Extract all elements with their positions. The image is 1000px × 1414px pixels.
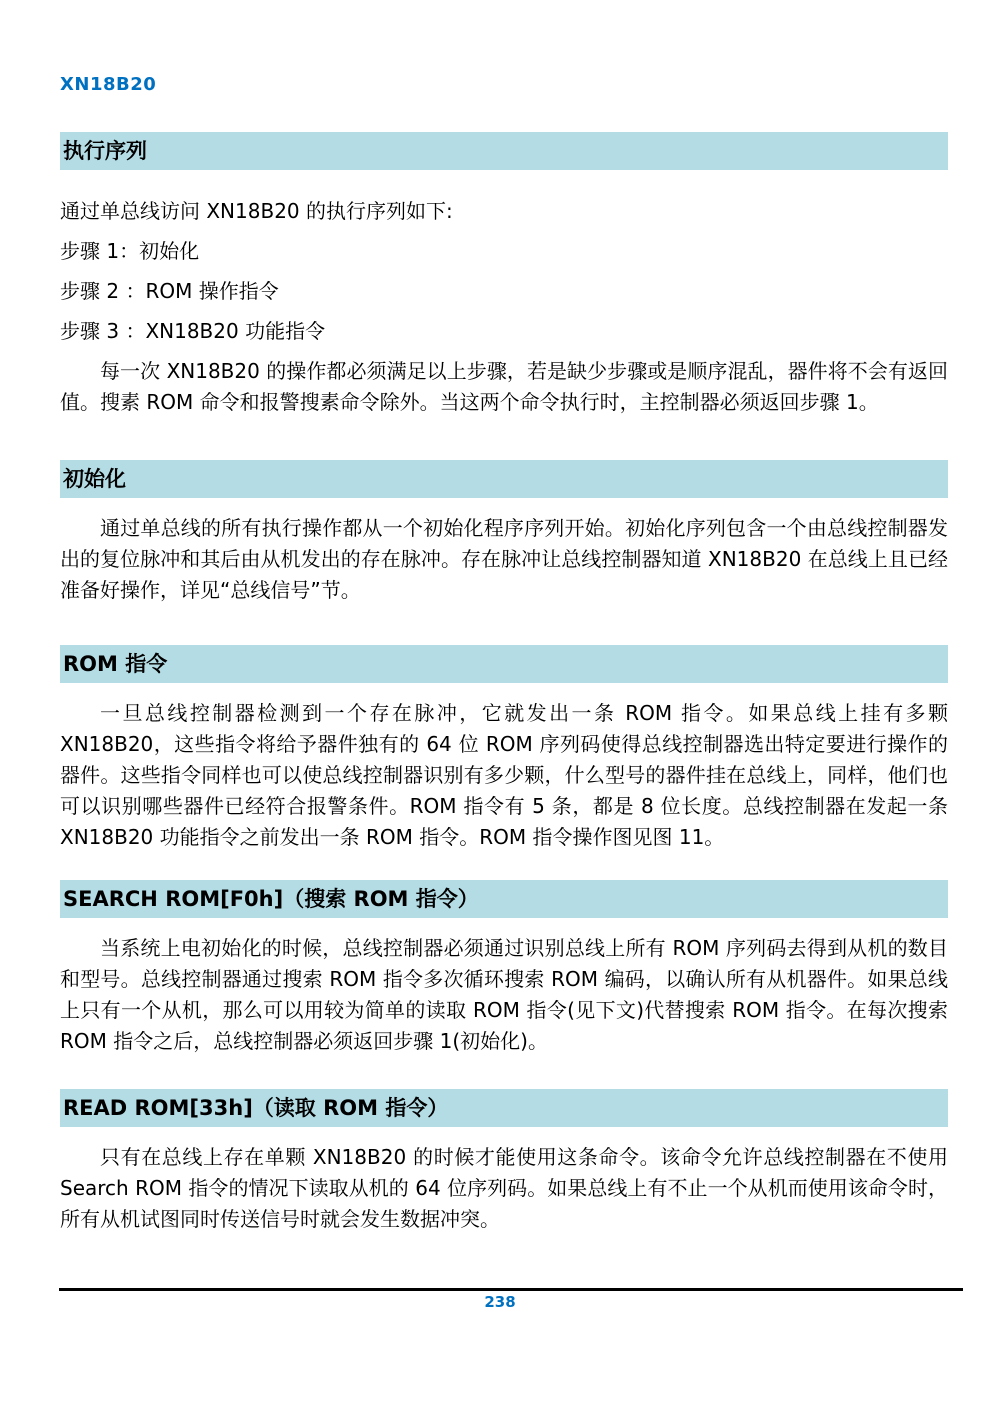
section-header-initialization: 初始化 (60, 460, 948, 498)
document-page: XN18B20 执行序列 通过单总线访问 XN18B20 的执行序列如下: 步骤… (0, 0, 1000, 1414)
step-1-line: 步骤 1：初始化 (60, 236, 948, 266)
initialization-paragraph: 通过单总线的所有执行操作都从一个初始化程序序列开始。初始化序列包含一个由总线控制… (60, 513, 948, 606)
step-2-line: 步骤 2 ：ROM 操作指令 (60, 276, 948, 306)
section-header-execution-sequence: 执行序列 (60, 132, 948, 170)
page-number: 238 (0, 1293, 1000, 1311)
section-header-rom-commands: ROM 指令 (60, 645, 948, 683)
rom-commands-paragraph: 一旦总线控制器检测到一个存在脉冲，它就发出一条 ROM 指令。如果总线上挂有多颗… (60, 698, 948, 853)
execution-sequence-paragraph: 每一次 XN18B20 的操作都必须满足以上步骤，若是缺少步骤或是顺序混乱，器件… (60, 356, 948, 418)
search-rom-paragraph: 当系统上电初始化的时候，总线控制器必须通过识别总线上所有 ROM 序列码去得到从… (60, 933, 948, 1057)
section-header-search-rom: SEARCH ROM[F0h]（搜索 ROM 指令） (60, 880, 948, 918)
execution-sequence-intro: 通过单总线访问 XN18B20 的执行序列如下: (60, 196, 948, 226)
doc-title: XN18B20 (60, 74, 156, 95)
footer-rule (59, 1288, 963, 1291)
step-3-line: 步骤 3 ：XN18B20 功能指令 (60, 316, 948, 346)
read-rom-paragraph: 只有在总线上存在单颗 XN18B20 的时候才能使用这条命令。该命令允许总线控制… (60, 1142, 948, 1235)
section-header-read-rom: READ ROM[33h]（读取 ROM 指令） (60, 1089, 948, 1127)
